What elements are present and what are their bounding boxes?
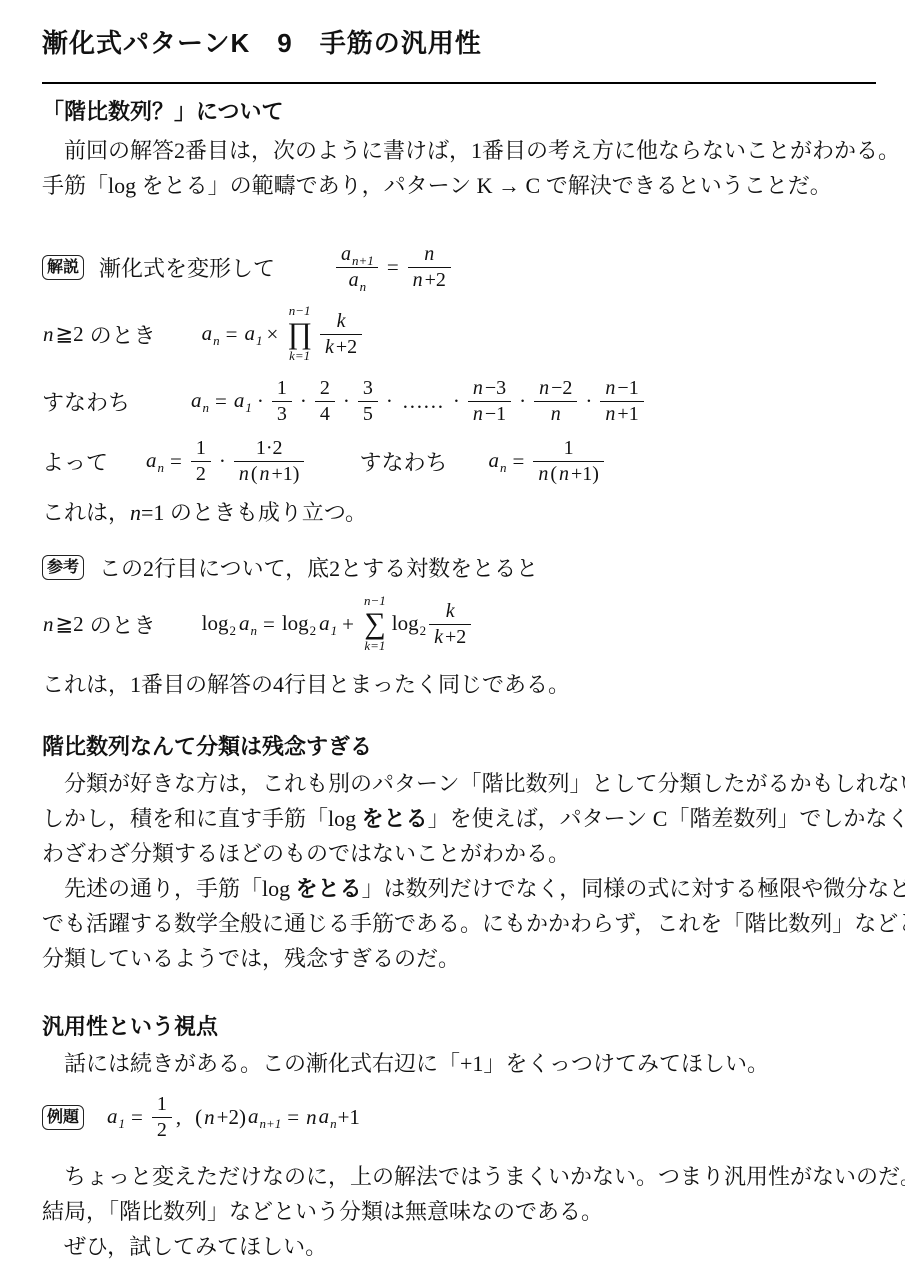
paragraph-line: 話には続きがある。この漸化式右辺に「+1」をくっつけてみてほしい。 [42,1046,876,1081]
paragraph-line: でも活躍する数学全般に通じる手筋である。にもかかわらず，これを「階比数列」などと [42,906,876,941]
technique-paragraph: 先述の通り，手筋「log をとる」は数列だけでなく，同様の式に対する極限や微分な… [42,871,876,976]
intro-paragraph: 前回の解答2番目は，次のように書けば，1番目の考え方に他ならないことがわかる。 … [42,133,876,203]
condition-n-ge-2: n≧2のとき [42,609,156,640]
explanation-label-box: 解説 [42,255,84,280]
paragraph-line: 分類が好きな方は，これも別のパターン「階比数列」として分類したがるかもしれない。 [42,766,876,801]
paragraph-line: 結局，「階比数列」などという分類は無意味なのである。 [42,1194,876,1229]
therefore-text: よって [42,446,108,477]
paragraph-line: しかし，積を和に直す手筋「log をとる」を使えば，パターン C「階差数列」でし… [42,801,876,836]
paragraph-line: 前回の解答2番目は，次のように書けば，1番目の考え方に他ならないことがわかる。 [42,133,876,168]
closing-paragraph: ちょっと変えただけなのに，上の解法ではうまくいかない。つまり汎用性がないのだ。 … [42,1159,876,1229]
formula-product: an=a1×n−1∏k=1kk+2 [201,304,366,364]
reference-row: 参考 この2行目について，底2とする対数をとると [42,552,876,583]
example-row: 例題 a1=12,(n+2)an+1=nan+1 [42,1089,876,1145]
paragraph-line: ちょっと変えただけなのに，上の解法ではうまくいかない。つまり汎用性がないのだ。 [42,1159,876,1194]
page-title: 漸化式パターンK 9 手筋の汎用性 [42,26,876,60]
therefore-row: よって an=12·1·2n(n+1) すなわち an=1n(n+1) [42,433,876,489]
title-divider [42,82,876,84]
condition-n-ge-2: n≧2のとき [42,319,156,350]
paragraph-line: 分類しているようでは，残念すぎるのだ。 [42,941,876,976]
final-paragraph: ぜひ，試してみてほしい。 [42,1229,876,1264]
formula-result: an=12·1·2n(n+1) [145,436,307,487]
log-sum-row: n≧2のとき log2an=log2a1+n−1∑k=1log2kk+2 [42,589,876,659]
explanation-row: 解説 漸化式を変形して an+1an=nn+2 [42,237,876,297]
formula-example: a1=12,(n+2)an+1=nan+1 [106,1092,361,1143]
document-page: 漸化式パターンK 9 手筋の汎用性 「階比数列？」について 前回の解答2番目は，… [0,0,905,1280]
reference-intro-text: この2行目について，底2とする対数をとると [99,552,538,583]
holds-for-n1-line: これは，n=1 のときも成り立つ。 [42,495,876,530]
section-heading-classification: 階比数列なんて分類は残念すぎる [42,732,876,762]
classification-paragraph: 分類が好きな方は，これも別のパターン「階比数列」として分類したがるかもしれない。… [42,766,876,871]
section-heading-versatility: 汎用性という視点 [42,1012,876,1042]
paragraph-line: ぜひ，試してみてほしい。 [42,1229,876,1264]
paragraph-line: わざわざ分類するほどのものではないことがわかる。 [42,836,876,871]
namely-text: すなわち [42,386,130,417]
formula-telescoping: an=a1·13·24·35·……·n−3n−1·n−2n·n−1n+1 [190,376,647,427]
explanation-intro-text: 漸化式を変形して [99,252,275,283]
namely-text-2: すなわち [359,446,447,477]
paragraph-line: 先述の通り，手筋「log をとる」は数列だけでなく，同様の式に対する極限や微分な… [42,871,876,906]
telescoping-row: すなわち an=a1·13·24·35·……·n−3n−1·n−2n·n−1n+… [42,373,876,429]
formula-log-sum: log2an=log2a1+n−1∑k=1log2kk+2 [201,594,475,654]
versatility-paragraph: 話には続きがある。この漸化式右辺に「+1」をくっつけてみてほしい。 [42,1046,876,1081]
paragraph-line: 手筋「log をとる」の範疇であり，パターン K → C で解決できるということ… [42,168,876,203]
formula-recurrence-ratio: an+1an=nn+2 [333,242,454,293]
same-as-line4-line: これは，1番目の解答の4行目とまったく同じである。 [42,667,876,702]
reference-label-box: 参考 [42,555,84,580]
case-n2-row: n≧2のとき an=a1×n−1∏k=1kk+2 [42,299,876,369]
section-heading-about-kaihi: 「階比数列？」について [42,97,876,127]
formula-simplified: an=1n(n+1) [488,436,607,487]
example-label-box: 例題 [42,1105,84,1130]
